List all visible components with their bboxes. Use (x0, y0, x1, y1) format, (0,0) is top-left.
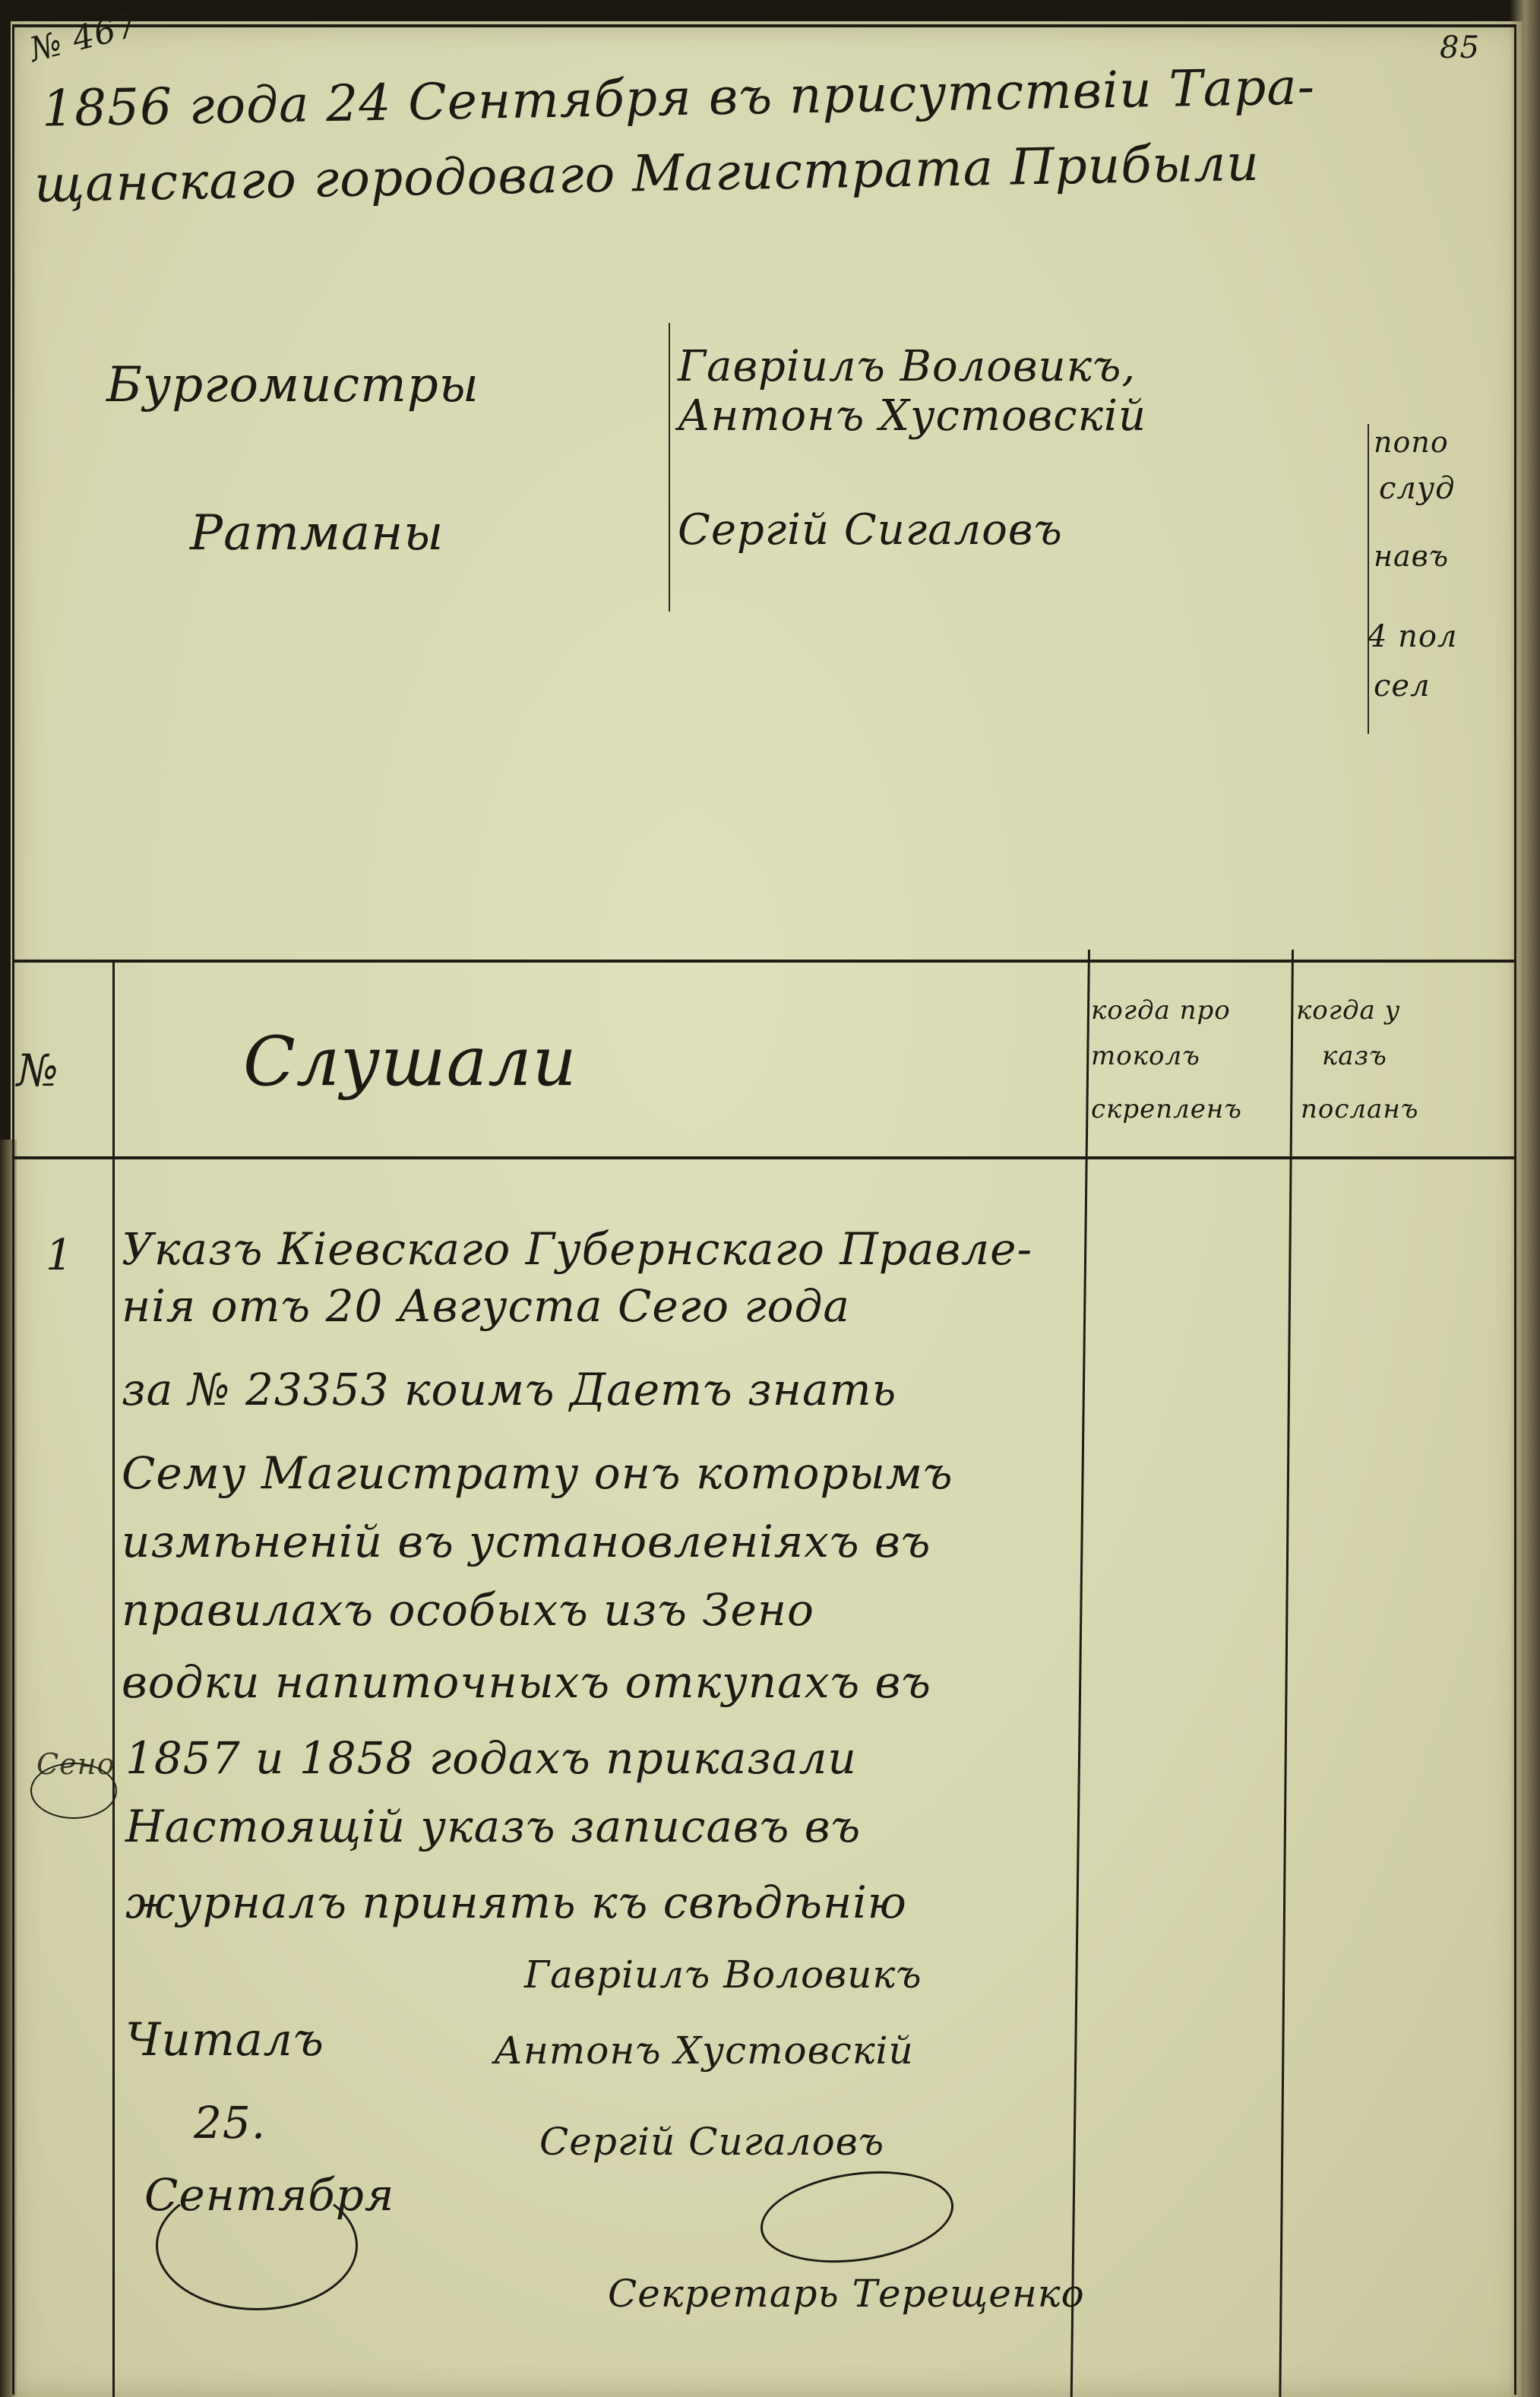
header-col4-line: посланъ (1301, 1094, 1418, 1124)
margin-note: попо (1374, 425, 1449, 459)
row-text-line: правилахъ особыхъ изъ Зено (122, 1584, 814, 1636)
reading-note: 25. (194, 2097, 266, 2149)
signature: Антонъ Хустовскій (494, 2029, 914, 2073)
header-number: № (17, 1045, 59, 1096)
top-border (14, 24, 1514, 27)
reading-note: Читалъ (125, 2013, 324, 2067)
folio-number: 85 (1440, 30, 1480, 65)
left-border (12, 24, 14, 2395)
margin-note: 4 пол (1368, 619, 1457, 654)
signature: Сергій Сигаловъ (539, 2120, 884, 2164)
header-col4-line: когда у (1296, 995, 1400, 1026)
header-col3-line: токолъ (1091, 1041, 1200, 1071)
attendee-name: Гавріилъ Воловикъ, (678, 342, 1136, 391)
margin-note: навъ (1374, 539, 1449, 573)
row-number: 1 (46, 1231, 74, 1280)
col-number-divider (112, 960, 115, 2397)
row-text-line: журналъ принять къ свѣдѣнію (125, 1877, 907, 1928)
row-text-line: Указъ Кіевскаго Губернскаго Правле- (122, 1223, 1032, 1275)
role-label: Бургомистры (106, 357, 479, 413)
header-col3-line: скрепленъ (1091, 1094, 1242, 1124)
attendee-name: Антонъ Хустовскій (678, 391, 1146, 441)
signature: Гавріилъ Воловикъ (524, 1953, 922, 1997)
row-text-line: водки напиточныхъ откупахъ въ (122, 1656, 931, 1708)
row-text-line: измѣненій въ установленіяхъ въ (122, 1516, 931, 1567)
row-text-line: нія отъ 20 Августа Сего года (122, 1280, 850, 1332)
margin-note: сел (1374, 669, 1431, 704)
header-heard: Слушали (243, 1022, 577, 1102)
right-border (1514, 24, 1516, 2395)
row-text-line: Сему Магистрату онъ которымъ (122, 1447, 953, 1499)
row-text-line: за № 23353 коимъ Даетъ знать (122, 1364, 896, 1415)
header-col3-line: когда про (1091, 995, 1231, 1026)
reading-note-flourish (156, 2180, 358, 2310)
row-text-line: Настоящій указъ записавъ въ (125, 1801, 861, 1852)
header-col4-line: казъ (1322, 1041, 1387, 1071)
role-label: Ратманы (190, 505, 444, 561)
attendance-divider (669, 323, 670, 612)
margin-note: слуд (1379, 471, 1455, 506)
margin-box-left (1368, 424, 1369, 734)
signature: Секретарь Терещенко (608, 2272, 1085, 2316)
annotation-loop (30, 1763, 117, 1819)
attendee-name: Сергій Сигаловъ (678, 505, 1063, 555)
row-text-line: 1857 и 1858 годахъ приказали (125, 1732, 857, 1784)
